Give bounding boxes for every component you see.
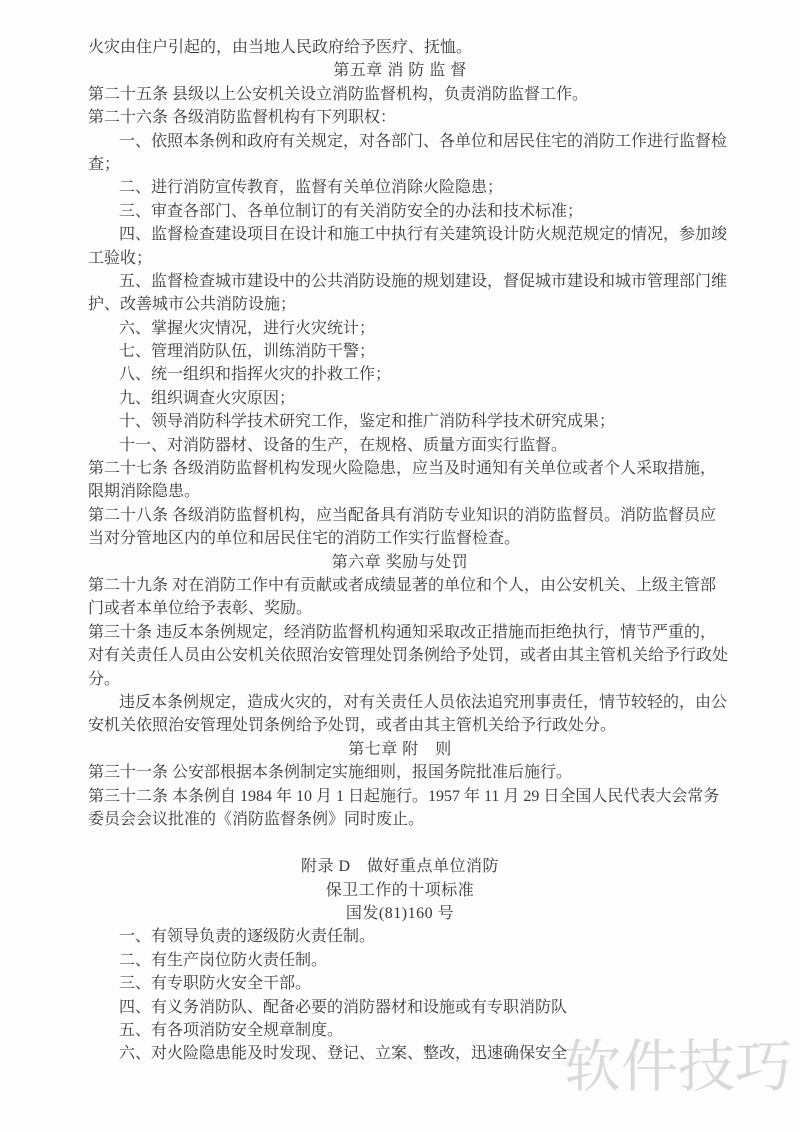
text-line: 查； [88, 153, 712, 176]
text-line: 限期消除隐患。 [88, 480, 712, 503]
text-line: 四、监督检查建设项目在设计和施工中执行有关建筑设计防火规范规定的情况，参加竣 [88, 223, 712, 246]
text-line: 第二十五条 县级以上公安机关设立消防监督机构，负责消防监督工作。 [88, 83, 712, 106]
text-line: 当对分管地区内的单位和居民住宅的消防工作实行监督检查。 [88, 527, 712, 550]
text-line: 门或者本单位给予表彰、奖励。 [88, 597, 712, 620]
text-line: 六、对火险隐患能及时发现、登记、立案、整改，迅速确保安全 [88, 1042, 712, 1065]
section-heading: 第七章 附 则 [88, 738, 712, 761]
text-line: 八、统一组织和指挥火灾的扑救工作； [88, 363, 712, 386]
text-line: 十、领导消防科学技术研究工作，鉴定和推广消防科学技术研究成果； [88, 410, 712, 433]
text-line: 一、有领导负责的逐级防火责任制。 [88, 925, 712, 948]
text-line: 护、改善城市公共消防设施； [88, 293, 712, 316]
text-line: 违反本条例规定，造成火灾的，对有关责任人员依法追究刑事责任，情节较轻的，由公 [88, 691, 712, 714]
section-heading: 第六章 奖励与处罚 [88, 551, 712, 574]
text-line: 火灾由住户引起的，由当地人民政府给予医疗、抚恤。 [88, 36, 712, 59]
text-line: 第二十六条 各级消防监督机构有下列职权： [88, 106, 712, 129]
text-line: 七、管理消防队伍，训练消防干警； [88, 340, 712, 363]
text-line: 第三十二条 本条例自 1984 年 10 月 1 日起施行。1957 年 11 … [88, 785, 712, 808]
text-line: 三、有专职防火安全干部。 [88, 972, 712, 995]
text-line: 工验收； [88, 247, 712, 270]
text-line: 三、审查各部门、各单位制订的有关消防安全的办法和技术标准； [88, 200, 712, 223]
text-line: 委员会会议批准的《消防监督条例》同时废止。 [88, 808, 712, 831]
text-line: 五、监督检查城市建设中的公共消防设施的规划建设，督促城市建设和城市管理部门维 [88, 270, 712, 293]
text-line: 安机关依照治安管理处罚条例给予处罚，或者由其主管机关给予行政处分。 [88, 714, 712, 737]
section-heading: 附录 D 做好重点单位消防 [88, 855, 712, 878]
section-heading: 第五章 消 防 监 督 [88, 59, 712, 82]
text-line: 第二十七条 各级消防监督机构发现火险隐患，应当及时通知有关单位或者个人采取措施， [88, 457, 712, 480]
text-line: 二、有生产岗位防火责任制。 [88, 949, 712, 972]
text-line: 对有关责任人员由公安机关依照治安管理处罚条例给予处罚，或者由其主管机关给予行政处 [88, 644, 712, 667]
text-line: 十一、对消防器材、设备的生产，在规格、质量方面实行监督。 [88, 434, 712, 457]
text-line: 第二十九条 对在消防工作中有贡献或者成绩显著的单位和个人，由公安机关、上级主管部 [88, 574, 712, 597]
text-line: 六、掌握火灾情况，进行火灾统计； [88, 317, 712, 340]
text-line: 分。 [88, 668, 712, 691]
section-heading: 保卫工作的十项标准 [88, 879, 712, 902]
text-line: 九、组织调查火灾原因； [88, 387, 712, 410]
text-line: 四、有义务消防队、配备必要的消防器材和设施或有专职消防队 [88, 996, 712, 1019]
text-line: 第三十一条 公安部根据本条例制定实施细则，报国务院批准后施行。 [88, 761, 712, 784]
text-line: 一、依照本条例和政府有关规定，对各部门、各单位和居民住宅的消防工作进行监督检 [88, 130, 712, 153]
text-line: 第二十八条 各级消防监督机构，应当配备具有消防专业知识的消防监督员。消防监督员应 [88, 504, 712, 527]
document-content: 火灾由住户引起的，由当地人民政府给予医疗、抚恤。第五章 消 防 监 督第二十五条… [88, 36, 712, 1066]
document-page: 火灾由住户引起的，由当地人民政府给予医疗、抚恤。第五章 消 防 监 督第二十五条… [0, 0, 800, 1132]
section-heading: 国发(81)160 号 [88, 902, 712, 925]
text-line: 五、有各项消防安全规章制度。 [88, 1019, 712, 1042]
text-line: 第三十条 违反本条例规定，经消防监督机构通知采取改正措施而拒绝执行，情节严重的， [88, 621, 712, 644]
text-line: 二、进行消防宣传教育，监督有关单位消除火险隐患； [88, 176, 712, 199]
